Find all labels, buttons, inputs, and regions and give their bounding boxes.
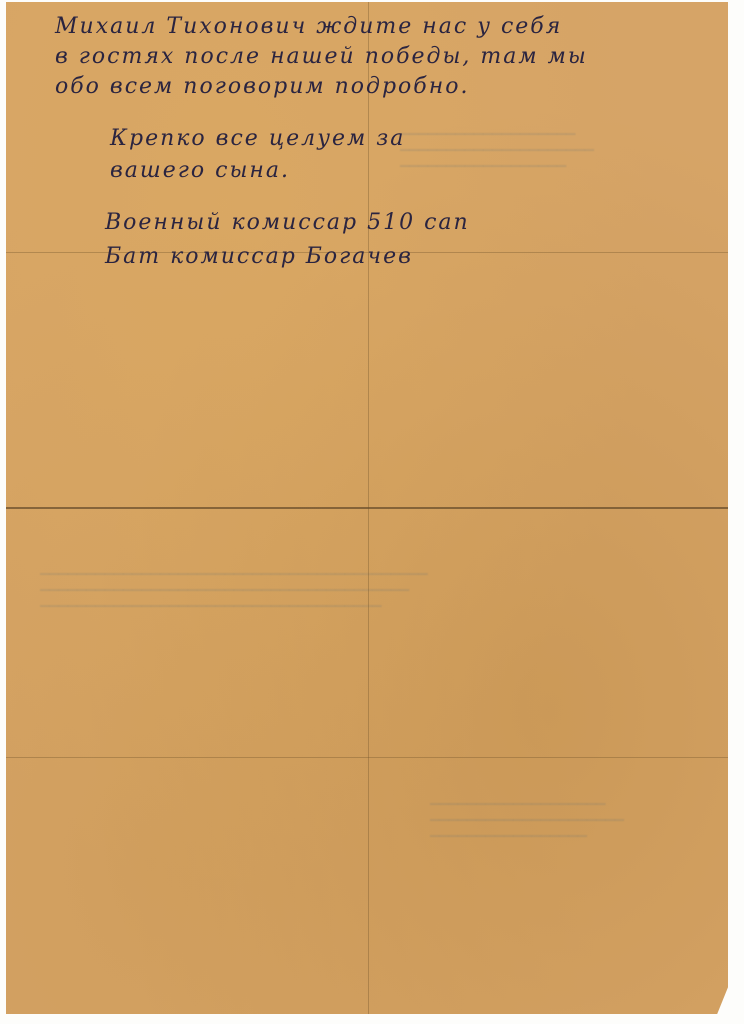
letter-line: Крепко все целуем за — [110, 126, 405, 151]
letter-line: обо всем поговорим подробно. — [55, 74, 469, 99]
fold-line — [6, 757, 728, 758]
signature-line: Бат комиссар Богачев — [105, 244, 413, 269]
fold-line — [6, 507, 728, 509]
letter-line: Михаил Тихонович ждите нас у себя — [55, 14, 562, 39]
letter-line: в гостях после нашей победы, там мы — [55, 44, 588, 69]
letter-line: вашего сына. — [110, 158, 290, 183]
signature-line: Военный комиссар 510 сап — [105, 210, 470, 235]
fold-line — [368, 2, 369, 1014]
bleed-through-text: ▁▁▁▁▁▁▁▁▁▁▁▁▁▁▁▁▁▁▁▁▁▁▁▁▁▁▁▁▁▁▁▁▁▁▁▁▁▁▁▁… — [40, 560, 428, 608]
bleed-through-text: ▁▁▁▁▁▁▁▁▁▁▁▁▁▁▁▁▁▁▁ ▁▁▁▁▁▁▁▁▁▁▁▁▁▁▁▁▁▁▁▁… — [400, 120, 594, 168]
bleed-through-text: ▁▁▁▁▁▁▁▁▁▁▁▁▁▁▁▁▁▁▁ ▁▁▁▁▁▁▁▁▁▁▁▁▁▁▁▁▁▁▁▁… — [430, 790, 624, 838]
